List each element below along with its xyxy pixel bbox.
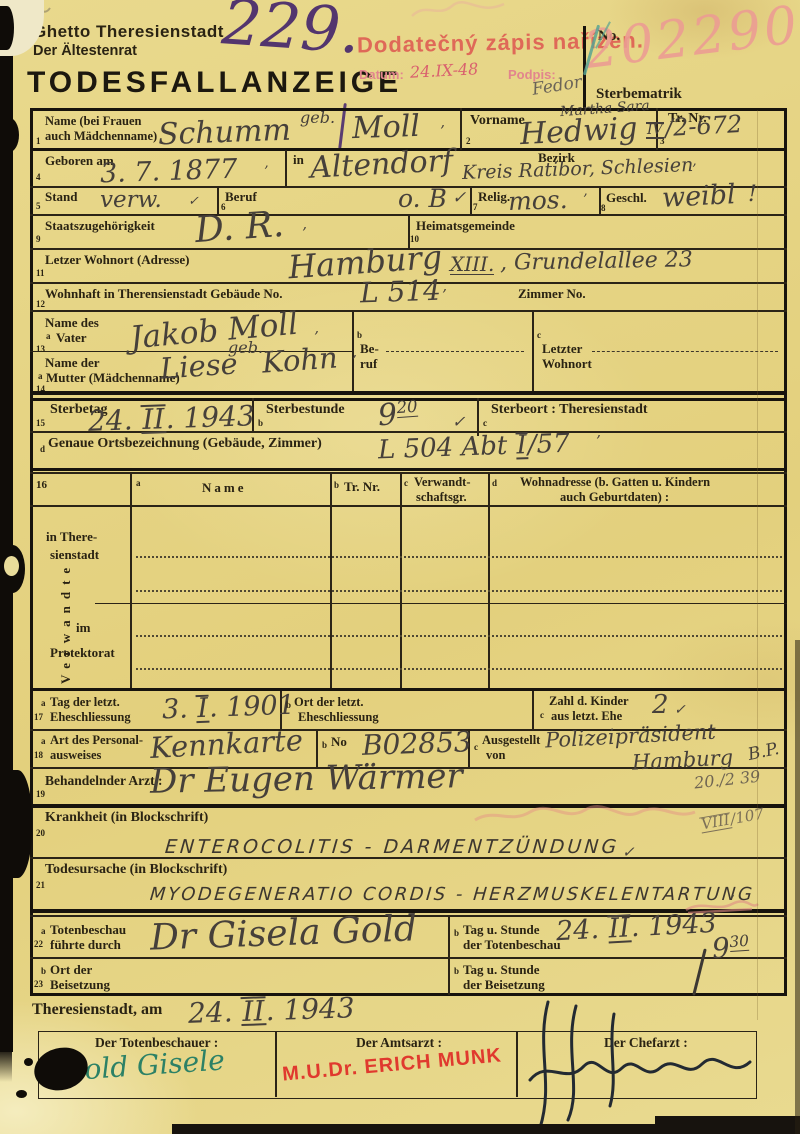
occupation-handwritten: o. B (398, 186, 447, 211)
beisetzung-ort-label-line1: Ort der (50, 962, 92, 978)
row6-bottom-border (30, 310, 787, 312)
birthdate-handwritten: 3. 7. 1877 (100, 156, 238, 188)
table-bottom-border (30, 688, 787, 691)
field-number-5: 5 (36, 201, 41, 211)
row3-divider-2 (470, 187, 472, 214)
scan-edge-bump (0, 118, 19, 152)
check-mark: ✓ (622, 843, 635, 861)
table-header-verwandtschaft-line1: Verwandt- (414, 475, 470, 490)
scan-edge-blob (0, 770, 32, 878)
field-number-13: 13 (36, 344, 45, 354)
table-col-divider-0 (130, 472, 132, 688)
group-protektorat-label-line1: im (76, 620, 90, 636)
signature-divider-1 (275, 1031, 277, 1097)
tick-mark: ’ (440, 122, 445, 140)
field-number-9: 9 (36, 234, 41, 244)
field-number-19: 19 (36, 789, 45, 799)
marker-b: b (357, 330, 362, 340)
registry-number-handwritten: 202290 (582, 0, 800, 77)
row17-divider-2 (532, 691, 534, 729)
section1-bottom-border (30, 391, 787, 395)
in-label: in (293, 152, 304, 168)
field-number-11: 11 (36, 268, 45, 278)
mother-geb-handwritten: geb. (228, 340, 263, 356)
corner-dark-mark (0, 6, 14, 50)
marker-a: a (41, 698, 46, 708)
krankheit-label: Krankheit (in Blockschrift) (45, 810, 208, 826)
marker-c: c (540, 710, 544, 720)
field-number-18: 18 (34, 750, 43, 760)
bezirk-label: Bezirk (538, 150, 575, 166)
name-label-line1: Name (bei Frauen (45, 114, 142, 129)
wohnort-dash-line (592, 351, 778, 352)
table-header-name: Name (202, 480, 247, 496)
death-time-handwritten: 920 (377, 399, 419, 432)
children-count-handwritten: 2 (652, 692, 669, 718)
death-date-handwritten: 24. II. 1943 (88, 401, 256, 436)
scan-edge-left (0, 0, 13, 1052)
field-number-2: 2 (466, 136, 471, 146)
marker-b: b (334, 480, 339, 490)
table-header-trnr: Tr. Nr. (344, 479, 380, 495)
inspection-time-handwritten: 930 (711, 933, 750, 964)
id-number-handwritten: B02853 (362, 728, 473, 760)
examiner-name-handwritten: Dr Gisela Gold (149, 911, 417, 956)
marker-a: a (46, 331, 51, 341)
table-group-divider (95, 603, 787, 604)
ink-speck-1 (24, 1058, 33, 1066)
mutter-label-line1: Name der (45, 355, 100, 371)
marker-b: b (454, 966, 459, 976)
parents-beruf-label-line1: Be- (360, 341, 379, 357)
group-protektorat-label-line2: Protektorat (50, 645, 115, 661)
table-header-wohnadresse-line2: auch Geburtdaten) : (560, 490, 669, 505)
street-handwritten: , Grundelallee 23 (500, 249, 693, 274)
ortsbezeichnung-label: Genaue Ortsbezeichnung (Gebäude, Zimmer) (48, 436, 322, 452)
table-dotted-line-4 (136, 668, 782, 670)
marker-c: c (537, 330, 541, 340)
footer-place-label: Theresienstadt, am (32, 1001, 162, 1019)
letzter-wohnort-col-label-line2: Wohnort (542, 356, 592, 372)
form-title: TODESFALLANZEIGE (27, 66, 402, 100)
group-theresienstadt-label-line1: in There- (46, 529, 97, 545)
ehe-ort-label-line1: Ort der letzt. (294, 695, 364, 710)
tick-mark: ’ (692, 162, 696, 178)
marker-b: b (454, 928, 459, 938)
paper-crease (757, 110, 758, 1020)
table-header-verwandtschaft-line2: schaftsgr. (416, 490, 467, 505)
issuer-handwritten-line2: Hamburg (632, 747, 734, 773)
gebaeude-label: Wohnhaft in Therensienstadt Gebäude No. (45, 286, 283, 302)
totenbeschau-label-line1: Totenbeschau (50, 922, 126, 938)
ausgestellt-label-line1: Ausgestellt (482, 733, 540, 748)
org-name-line1: Ghetto Theresienstadt (33, 22, 224, 42)
illness-block-handwritten: ENTEROCOLITIS - DARMENTZÜNDUNG (164, 836, 620, 858)
check-mark: ✓ (674, 702, 686, 718)
table-col-divider-2 (400, 472, 402, 688)
mother-name-handwritten: Liese (159, 349, 239, 383)
nationality-handwritten: D. R. (194, 207, 285, 249)
marker-c: c (474, 742, 478, 752)
transport-roman-handwritten: IV (646, 122, 664, 139)
ausweis-label-line1: Art des Personal- (50, 733, 143, 748)
table-header-wohnadresse-line1: Wohnadresse (b. Gatten u. Kindern (520, 475, 710, 490)
table-dotted-line-2 (136, 590, 782, 592)
field-number-8: 8 (601, 203, 606, 213)
field-number-7: 7 (473, 202, 478, 212)
check-mark: ✓ (452, 412, 465, 431)
geb-handwritten: geb. (300, 110, 335, 126)
sterbestunde-label: Sterbestunde (266, 402, 345, 418)
org-name-line2: Der Ältestenrat (33, 43, 137, 59)
death-row-divider-2 (477, 398, 479, 436)
relig-label: Relig. (478, 189, 510, 205)
amtsarzt-label: Der Amtsarzt : (356, 1035, 442, 1051)
maiden-name-handwritten: Moll (351, 112, 420, 144)
ehe-tag-label-line1: Tag der letzt. (50, 695, 120, 710)
heimatsgemeinde-label: Heimatsgemeinde (416, 218, 515, 234)
marker-a: a (136, 478, 141, 488)
field-number-21: 21 (36, 880, 45, 890)
table-dotted-line-1 (136, 556, 782, 558)
no-field-label: No (331, 734, 347, 750)
case-number-handwritten: 229. (220, 0, 362, 63)
marker-b: b (41, 966, 46, 976)
death-notice-form-scan: Ghetto Theresienstadt Der Ältestenrat TO… (0, 0, 800, 1134)
tick-mark: ’ (583, 192, 587, 208)
field-number-16: 16 (36, 479, 47, 491)
row2-divider (285, 150, 287, 187)
vater-label-line2: Vater (56, 330, 87, 346)
row1-divider-1 (460, 108, 462, 150)
tag-totenbeschau-label-line1: Tag u. Stunde (463, 922, 539, 938)
behandelnder-arzt-label: Behandelnder Arzt : (45, 773, 163, 789)
id-type-handwritten: Kennkarte (149, 726, 303, 763)
tag-beisetzung-label-line1: Tag u. Stunde (463, 962, 539, 978)
scan-edge-fade (0, 1048, 12, 1082)
field-number-12: 12 (36, 299, 45, 309)
birthplace-handwritten: Altendorf (309, 146, 453, 183)
faint-pink-scribble (408, 0, 508, 22)
geschl-label: Geschl. (606, 190, 647, 206)
sex-handwritten: weibl (661, 181, 736, 212)
marker-d: d (492, 478, 497, 488)
beruf-label: Beruf (225, 189, 257, 205)
beruf-dash-line (386, 351, 524, 352)
letzter-wohnort-col-label-line1: Letzter (542, 341, 582, 357)
check-mark: ✓ (452, 188, 466, 208)
ausweis-label-line2: ausweises (50, 748, 101, 763)
marker-a: a (41, 926, 46, 936)
pencil-date-note: 20./2 39 (693, 769, 761, 792)
marker-b: b (258, 418, 263, 428)
tick-mark: ’ (302, 224, 307, 242)
doctor-name-handwritten: Dr Eugen Wärmer (150, 759, 463, 798)
name-label-line2: auch Mädchenname) (45, 129, 157, 144)
marriage-date-handwritten: 3. I. 1901 (162, 692, 296, 725)
cause-of-death-block-handwritten: MYODEGENERATIO CORDIS - HERZMUSKELENTART… (149, 884, 755, 905)
form-frame-right (784, 108, 787, 996)
field-number-1: 1 (36, 136, 41, 146)
field-number-15: 15 (36, 418, 45, 428)
mother-maiden-handwritten: Kohn (261, 343, 339, 377)
sterbeort-label: Sterbeort : Theresienstadt (491, 402, 648, 418)
ausgestellt-label-line2: von (486, 748, 505, 763)
marker-a: a (41, 736, 46, 746)
marker-b: b (286, 700, 291, 710)
tick-mark: ’ (352, 352, 357, 370)
vater-label-line1: Name des (45, 315, 99, 331)
death-location-handwritten: L 504 Abt I/57 (378, 431, 571, 465)
scan-band-bottom-right (655, 1116, 800, 1128)
parents-beruf-label-line2: ruf (360, 356, 377, 372)
tick-mark: ’ (264, 164, 268, 180)
marital-status-handwritten: verw. (100, 189, 162, 212)
inspection-date-handwritten: 24. II. 1943 (555, 910, 717, 947)
table-top-border (30, 472, 787, 474)
stamp-datum-label: Datum: (359, 67, 404, 82)
field-number-17: 17 (34, 712, 43, 722)
footer-date-handwritten: 24. II. 1943 (188, 993, 356, 1028)
letzter-wohnort-label: Letzer Wohnort (Adresse) (45, 252, 189, 268)
issuer-initials-handwritten: B.P. (747, 741, 781, 764)
birth-district-handwritten: Kreis Ratibor, Schlesien (462, 156, 694, 183)
torn-paper-spot (4, 556, 19, 576)
table-header-border (30, 505, 787, 507)
tick-mark: ’ (442, 286, 447, 304)
margin-reference-pencil: VIII/107 (699, 807, 765, 833)
transport-number-handwritten: /2-672 (664, 112, 742, 140)
table-dotted-line-3 (136, 635, 782, 637)
marker-d: d (40, 444, 45, 454)
table-col-divider-1 (330, 472, 332, 688)
religion-handwritten: mos. (508, 187, 568, 214)
stand-label: Stand (45, 189, 78, 205)
beisetzung-ort-label-line2: Beisetzung (50, 977, 110, 993)
building-number-handwritten: L 514 (360, 277, 442, 308)
exclamation-mark-handwritten: ! (748, 184, 757, 206)
kinder-label-line1: Zahl d. Kinder (549, 694, 629, 709)
marker-a: a (38, 371, 43, 381)
scan-edge-right (795, 640, 800, 1134)
tag-totenbeschau-label-line2: der Totenbeschau (463, 937, 561, 953)
check-mark: ✓ (188, 194, 199, 209)
stamp-datum-handwritten: 24.IX-48 (410, 61, 479, 81)
totenbeschau-label-line2: führte durch (50, 937, 121, 953)
vorname-label: Vorname (470, 113, 525, 129)
staatszugehoerigkeit-label: Staatszugehörigkeit (45, 218, 155, 234)
parents-divider-2 (532, 311, 534, 392)
stamp-signature-handwritten: Fedor (531, 74, 583, 99)
field-number-23: 23 (34, 979, 43, 989)
marker-c: c (483, 418, 487, 428)
district-roman-handwritten: XIII. (450, 254, 494, 275)
tick-mark: ’ (596, 432, 601, 450)
ink-speck-2 (16, 1090, 27, 1098)
ehe-tag-label-line2: Eheschliessung (50, 710, 131, 725)
form-frame-left (30, 108, 33, 996)
inspection-box-split (30, 957, 787, 959)
marker-c: c (404, 478, 408, 488)
inspection-box-divider (448, 915, 450, 995)
firstname-handwritten: Hedwig (519, 114, 638, 150)
zimmer-label: Zimmer No. (518, 286, 586, 302)
group-theresienstadt-label-line2: sienstadt (50, 547, 99, 563)
ehe-ort-label-line2: Eheschliessung (298, 710, 379, 725)
death-box-bottom (30, 468, 787, 471)
kinder-label-line2: aus letzt. Ehe (551, 709, 622, 724)
table-col-divider-3 (488, 472, 490, 688)
surname-handwritten: Schumm (158, 116, 292, 151)
chefarzt-signature (518, 988, 768, 1134)
field-number-20: 20 (36, 828, 45, 838)
marker-b: b (322, 740, 327, 750)
todesursache-label: Todesursache (in Blockschrift) (45, 862, 227, 878)
field-number-22: 22 (34, 939, 43, 949)
field-number-4: 4 (36, 172, 41, 182)
red-offset-ink-smudge (470, 804, 700, 830)
